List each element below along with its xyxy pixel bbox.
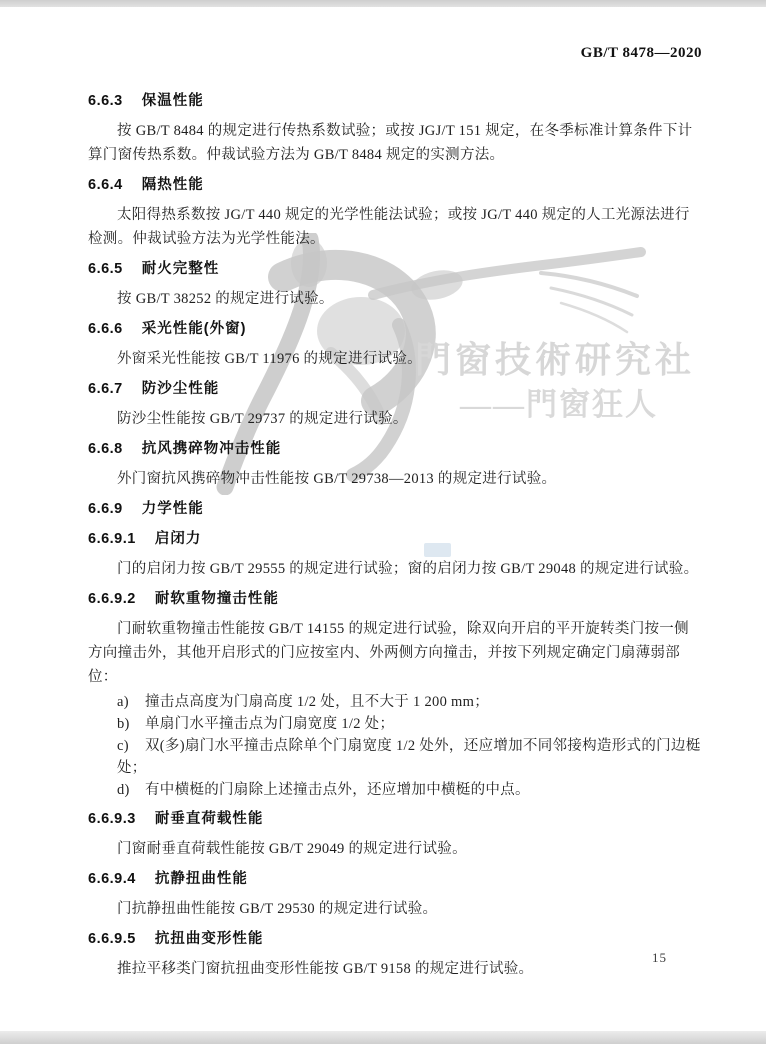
section-paragraph: 外门窗抗风携碎物冲击性能按 GB/T 29738—2013 的规定进行试验。 [88,467,702,491]
section-number: 6.6.9.5 [88,931,136,947]
section-6-6-9-4: 6.6.9.4 抗静扭曲性能 门抗静扭曲性能按 GB/T 29530 的规定进行… [88,867,702,921]
section-title: 耐火完整性 [142,261,220,277]
list-item: c)双(多)扇门水平撞击点除单个门扇宽度 1/2 处外，还应增加不同邻接构造形式… [88,735,702,779]
section-number: 6.6.9.4 [88,871,136,887]
section-title: 力学性能 [142,501,204,517]
section-6-6-9-2: 6.6.9.2 耐软重物撞击性能 门耐软重物撞击性能按 GB/T 14155 的… [88,587,702,801]
section-paragraph: 门窗耐垂直荷载性能按 GB/T 29049 的规定进行试验。 [88,837,702,861]
section-heading: 6.6.6 采光性能(外窗) [88,317,702,341]
scan-edge-bottom [0,1031,766,1044]
section-heading: 6.6.4 隔热性能 [88,173,702,197]
section-paragraph: 门耐软重物撞击性能按 GB/T 14155 的规定进行试验，除双向开启的平开旋转… [88,617,702,689]
section-6-6-9-3: 6.6.9.3 耐垂直荷载性能 门窗耐垂直荷载性能按 GB/T 29049 的规… [88,807,702,861]
section-heading: 6.6.9.3 耐垂直荷载性能 [88,807,702,831]
section-title: 耐软重物撞击性能 [155,591,279,607]
section-number: 6.6.6 [88,321,123,337]
section-paragraph: 门抗静扭曲性能按 GB/T 29530 的规定进行试验。 [88,897,702,921]
section-number: 6.6.9.1 [88,531,136,547]
impact-point-list: a)撞击点高度为门扇高度 1/2 处，且不大于 1 200 mm； b)单扇门水… [88,691,702,801]
section-number: 6.6.9 [88,501,123,517]
section-paragraph: 防沙尘性能按 GB/T 29737 的规定进行试验。 [88,407,702,431]
section-heading: 6.6.3 保温性能 [88,89,702,113]
section-number: 6.6.7 [88,381,123,397]
section-title: 抗风携碎物冲击性能 [142,441,282,457]
section-number: 6.6.9.3 [88,811,136,827]
section-6-6-9: 6.6.9 力学性能 [88,497,702,521]
list-item-marker: b) [117,713,145,735]
section-paragraph: 按 GB/T 38252 的规定进行试验。 [88,287,702,311]
section-heading: 6.6.5 耐火完整性 [88,257,702,281]
section-paragraph: 推拉平移类门窗抗扭曲变形性能按 GB/T 9158 的规定进行试验。 [88,957,702,981]
scan-edge-top [0,0,766,7]
list-item-marker: d) [117,779,145,801]
section-number: 6.6.3 [88,93,123,109]
section-number: 6.6.5 [88,261,123,277]
section-6-6-8: 6.6.8 抗风携碎物冲击性能 外门窗抗风携碎物冲击性能按 GB/T 29738… [88,437,702,491]
standard-code: GB/T 8478—2020 [581,45,702,62]
section-heading: 6.6.9.1 启闭力 [88,527,702,551]
section-title: 耐垂直荷载性能 [155,811,264,827]
list-item-text: 双(多)扇门水平撞击点除单个门扇宽度 1/2 处外，还应增加不同邻接构造形式的门… [117,738,701,776]
section-6-6-4: 6.6.4 隔热性能 太阳得热系数按 JG/T 440 规定的光学性能法试验；或… [88,173,702,251]
section-title: 防沙尘性能 [142,381,220,397]
list-item-text: 有中横梃的门扇除上述撞击点外，还应增加中横梃的中点。 [145,782,530,798]
section-paragraph: 按 GB/T 8484 的规定进行传热系数试验；或按 JGJ/T 151 规定，… [88,119,702,167]
list-item-text: 单扇门水平撞击点为门扇宽度 1/2 处； [145,716,394,732]
section-title: 抗扭曲变形性能 [155,931,264,947]
section-6-6-6: 6.6.6 采光性能(外窗) 外窗采光性能按 GB/T 11976 的规定进行试… [88,317,702,371]
list-item-text: 撞击点高度为门扇高度 1/2 处，且不大于 1 200 mm； [145,694,489,710]
page-number: 15 [652,950,667,966]
section-paragraph: 外窗采光性能按 GB/T 11976 的规定进行试验。 [88,347,702,371]
list-item: a)撞击点高度为门扇高度 1/2 处，且不大于 1 200 mm； [88,691,702,713]
section-heading: 6.6.9.2 耐软重物撞击性能 [88,587,702,611]
list-item: d)有中横梃的门扇除上述撞击点外，还应增加中横梃的中点。 [88,779,702,801]
section-number: 6.6.9.2 [88,591,136,607]
section-heading: 6.6.9 力学性能 [88,497,702,521]
section-6-6-9-5: 6.6.9.5 抗扭曲变形性能 推拉平移类门窗抗扭曲变形性能按 GB/T 915… [88,927,702,981]
section-title: 采光性能(外窗) [142,321,247,337]
section-number: 6.6.4 [88,177,123,193]
section-paragraph: 门的启闭力按 GB/T 29555 的规定进行试验；窗的启闭力按 GB/T 29… [88,557,702,581]
section-title: 隔热性能 [142,177,204,193]
list-item: b)单扇门水平撞击点为门扇宽度 1/2 处； [88,713,702,735]
list-item-marker: c) [117,735,145,757]
document-content: 6.6.3 保温性能 按 GB/T 8484 的规定进行传热系数试验；或按 JG… [88,89,702,981]
section-heading: 6.6.8 抗风携碎物冲击性能 [88,437,702,461]
section-heading: 6.6.7 防沙尘性能 [88,377,702,401]
section-title: 抗静扭曲性能 [155,871,248,887]
section-title: 保温性能 [142,93,204,109]
section-6-6-7: 6.6.7 防沙尘性能 防沙尘性能按 GB/T 29737 的规定进行试验。 [88,377,702,431]
section-number: 6.6.8 [88,441,123,457]
section-paragraph: 太阳得热系数按 JG/T 440 规定的光学性能法试验；或按 JG/T 440 … [88,203,702,251]
section-6-6-3: 6.6.3 保温性能 按 GB/T 8484 的规定进行传热系数试验；或按 JG… [88,89,702,167]
section-6-6-9-1: 6.6.9.1 启闭力 门的启闭力按 GB/T 29555 的规定进行试验；窗的… [88,527,702,581]
section-heading: 6.6.9.4 抗静扭曲性能 [88,867,702,891]
section-6-6-5: 6.6.5 耐火完整性 按 GB/T 38252 的规定进行试验。 [88,257,702,311]
section-title: 启闭力 [155,531,202,547]
list-item-marker: a) [117,691,145,713]
section-heading: 6.6.9.5 抗扭曲变形性能 [88,927,702,951]
